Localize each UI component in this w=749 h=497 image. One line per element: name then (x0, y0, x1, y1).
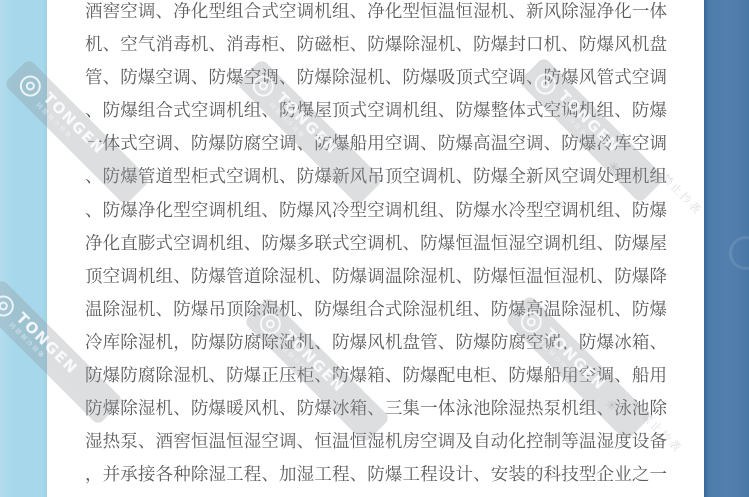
text-line: ，并承接各种除湿工程、加湿工程、防爆工程设计、安装的科技型企业之一 (85, 459, 667, 492)
text-line: 一体式空调、防爆防腐空调、防爆船用空调、防爆高温空调、防爆冷库空调 (85, 128, 667, 161)
text-line: 湿热泵、酒窖恒温恒湿空调、恒温恒湿机房空调及自动化控制等温湿度设备 (85, 426, 667, 459)
left-margin-strip (0, 0, 47, 497)
text-line: 、防爆组合式空调机组、防爆屋顶式空调机组、防爆整体式空调机组、防爆 (85, 95, 667, 128)
product-description-paragraph: 酒窖空调、净化型组合式空调机组、净化型恒温恒湿机、新风除湿净化一体 机、空气消毒… (85, 0, 667, 492)
text-line: 酒窖空调、净化型组合式空调机组、净化型恒温恒湿机、新风除湿净化一体 (85, 0, 667, 29)
text-line: 防爆防腐除湿机、防爆正压柜、防爆箱、防爆配电柜、防爆船用空调、船用 (85, 360, 667, 393)
text-line: 顶空调机组、防爆管道除湿机、防爆调温除湿机、防爆恒温恒湿机、防爆降 (85, 261, 667, 294)
text-line: 净化直膨式空调机组、防爆多联式空调机、防爆恒温恒湿空调机组、防爆屋 (85, 228, 667, 261)
faint-ring-mark (729, 236, 749, 270)
text-line: 冷库除湿机，防爆防腐除湿机、防爆风机盘管、防爆防腐空调、防爆冰箱、 (85, 327, 667, 360)
right-margin-strip (704, 0, 749, 497)
text-line: 管、防爆空调、防爆空调、防爆除湿机、防爆吸顶式空调、防爆风管式空调 (85, 62, 667, 95)
text-line: 防爆除湿机、防爆暖风机、防爆冰箱、三集一体泳池除湿热泵机组、泳池除 (85, 393, 667, 426)
text-line: 温除湿机、防爆吊顶除湿机、防爆组合式除湿机组、防爆高温除湿机、防爆 (85, 294, 667, 327)
text-line: 、防爆净化型空调机组、防爆风冷型空调机组、防爆水冷型空调机组、防爆 (85, 195, 667, 228)
text-line: 、防爆管道型柜式空调机、防爆新风吊顶空调机、防爆全新风空调处理机组 (85, 161, 667, 194)
text-line: 机、空气消毒机、消毒柜、防磁柜、防爆除湿机、防爆封口机、防爆风机盘 (85, 29, 667, 62)
